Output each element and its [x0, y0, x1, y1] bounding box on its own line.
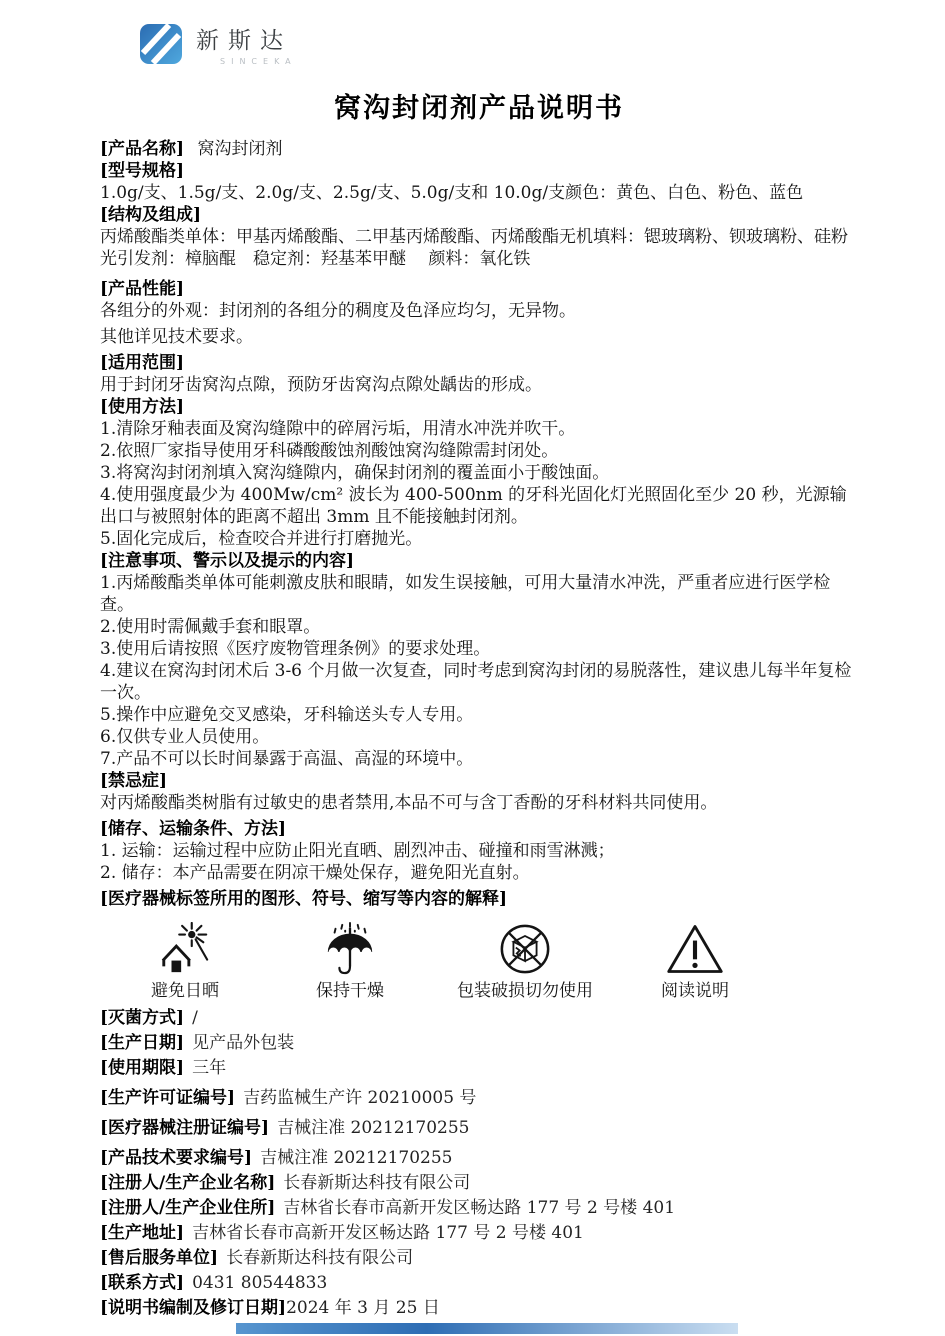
- field-production-date: [生产日期]见产品外包装: [100, 1031, 858, 1056]
- field-technical-requirement-no: [产品技术要求编号]吉械注准 20212170255: [100, 1146, 858, 1171]
- read-instructions-icon: [620, 922, 770, 976]
- field-production-license-no: [生产许可证编号]吉药监械生产许 20210005 号: [100, 1086, 858, 1111]
- usage-step: 1.清除牙釉表面及窝沟缝隙中的碎屑污垢，用清水冲洗并吹干。: [100, 418, 858, 440]
- field-sterilization-method: [灭菌方式]/: [100, 1006, 858, 1031]
- performance-line: 各组分的外观：封闭剂的各组分的稠度及色泽应均匀，无异物。: [100, 300, 858, 322]
- section-contraindications-label: [禁忌症]: [100, 770, 858, 792]
- document-page: 新斯达 SINCEKA 窝沟封闭剂产品说明书 [产品名称] 窝沟封闭剂 [型号规…: [100, 22, 858, 1321]
- symbol-caption: 避免日晒: [100, 980, 270, 1002]
- keep-dry-icon: [270, 922, 430, 976]
- section-structure-composition-label: [结构及组成]: [100, 204, 858, 226]
- product-name-value: 窝沟封闭剂: [198, 139, 283, 159]
- usage-step: 3.将窝沟封闭剂填入窝沟缝隙内，确保封闭剂的覆盖面小于酸蚀面。: [100, 462, 858, 484]
- symbol-caption: 包装破损切勿使用: [430, 980, 620, 1002]
- s-stripes-logo-icon: [138, 22, 184, 70]
- page-title: 窝沟封闭剂产品说明书: [100, 86, 858, 125]
- symbols-row: 避免日晒: [100, 922, 858, 1002]
- precaution-item: 6.仅供专业人员使用。: [100, 726, 858, 748]
- field-registrant-address: [注册人/生产企业住所]吉林省长春市高新开发区畅达路 177 号 2 号楼 40…: [100, 1196, 858, 1221]
- section-storage-label: [储存、运输条件、方法]: [100, 818, 858, 840]
- field-after-sales-unit: [售后服务单位]长春新斯达科技有限公司: [100, 1246, 858, 1271]
- section-product-performance-label: [产品性能]: [100, 278, 858, 300]
- damaged-package-icon: [430, 922, 620, 976]
- precaution-item: 2.使用时需佩戴手套和眼罩。: [100, 616, 858, 638]
- precaution-item: 7.产品不可以长时间暴露于高温、高湿的环境中。: [100, 748, 858, 770]
- avoid-sunlight-icon: [100, 922, 270, 976]
- section-product-name-label: [产品名称]: [100, 139, 184, 159]
- model-spec-line: 1.0g/支、1.5g/支、2.0g/支、2.5g/支、5.0g/支和 10.0…: [100, 182, 858, 204]
- footer-accent-bar: [236, 1323, 738, 1334]
- precaution-item: 1.丙烯酸酯类单体可能刺激皮肤和眼睛，如发生误接触，可用大量清水冲洗，严重者应进…: [100, 572, 858, 616]
- usage-step: 5.固化完成后，检查咬合并进行打磨抛光。: [100, 528, 858, 550]
- section-model-spec-label: [型号规格]: [100, 160, 858, 182]
- usage-step: 4.使用强度最少为 400Mw/cm² 波长为 400-500nm 的牙科光固化…: [100, 484, 858, 528]
- section-precautions-label: [注意事项、警示以及提示的内容]: [100, 550, 858, 572]
- section-symbols-label: [医疗器械标签所用的图形、符号、缩写等内容的解释]: [100, 888, 858, 910]
- field-contact: [联系方式]0431 80544833: [100, 1271, 858, 1296]
- performance-line: 其他详见技术要求。: [100, 326, 858, 348]
- brand-name: 新斯达: [196, 28, 297, 54]
- contraindications-line: 对丙烯酸酯类树脂有过敏史的患者禁用,本品不可与含丁香酚的牙科材料共同使用。: [100, 792, 858, 814]
- brand-logo: 新斯达 SINCEKA: [138, 22, 858, 76]
- symbol-read-instructions: 阅读说明: [620, 922, 770, 1002]
- field-registrant-name: [注册人/生产企业名称]长春新斯达科技有限公司: [100, 1171, 858, 1196]
- field-shelf-life: [使用期限]三年: [100, 1056, 858, 1081]
- storage-item: 2. 储存：本产品需要在阴凉干燥处保存，避免阳光直射。: [100, 862, 858, 884]
- brand-subtext: SINCEKA: [196, 57, 297, 66]
- storage-item: 1. 运输：运输过程中应防止阳光直晒、剧烈冲击、碰撞和雨雪淋溅；: [100, 840, 858, 862]
- symbol-avoid-sunlight: 避免日晒: [100, 922, 270, 1002]
- section-scope-label: [适用范围]: [100, 352, 858, 374]
- structure-composition-line: 丙烯酸酯类单体：甲基丙烯酸酯、二甲基丙烯酸酯、丙烯酸酯无机填料：锶玻璃粉、钡玻璃…: [100, 226, 858, 270]
- field-device-registration-no: [医疗器械注册证编号]吉械注准 20212170255: [100, 1116, 858, 1141]
- field-revision-date: [说明书编制及修订日期]2024 年 3 月 25 日: [100, 1296, 858, 1321]
- scope-line: 用于封闭牙齿窝沟点隙，预防牙齿窝沟点隙处龋齿的形成。: [100, 374, 858, 396]
- section-product-name: [产品名称] 窝沟封闭剂: [100, 138, 858, 160]
- symbol-damaged-package: 包装破损切勿使用: [430, 922, 620, 1002]
- symbol-caption: 保持干燥: [270, 980, 430, 1002]
- usage-step: 2.依照厂家指导使用牙科磷酸酸蚀剂酸蚀窝沟缝隙需封闭处。: [100, 440, 858, 462]
- symbol-caption: 阅读说明: [620, 980, 770, 1002]
- field-production-address: [生产地址]吉林省长春市高新开发区畅达路 177 号 2 号楼 401: [100, 1221, 858, 1246]
- precaution-item: 3.使用后请按照《医疗废物管理条例》的要求处理。: [100, 638, 858, 660]
- symbol-keep-dry: 保持干燥: [270, 922, 430, 1002]
- precaution-item: 5.操作中应避免交叉感染，牙科输送头专人专用。: [100, 704, 858, 726]
- precaution-item: 4.建议在窝沟封闭术后 3-6 个月做一次复查，同时考虑到窝沟封闭的易脱落性，建…: [100, 660, 858, 704]
- section-usage-label: [使用方法]: [100, 396, 858, 418]
